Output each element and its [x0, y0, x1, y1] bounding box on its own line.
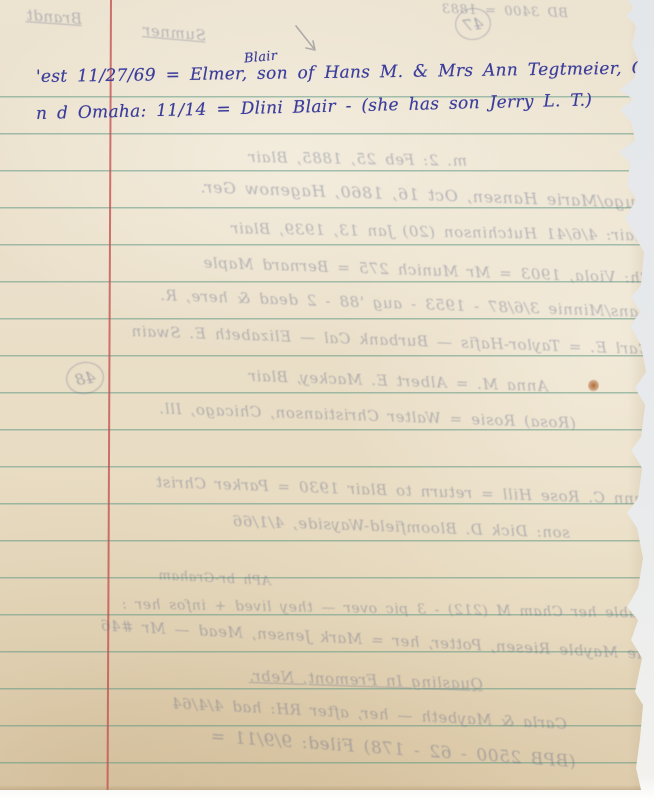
bleed-sumner: Sumner [145, 21, 206, 44]
pencil-arrow-icon [292, 24, 322, 58]
rust-stain [588, 379, 599, 392]
torn-edge-shading [628, 0, 654, 790]
scanned-notebook-page: { "document": { "kind": "scanned handwri… [0, 0, 654, 800]
bleed-brandt: Brandt [23, 6, 82, 28]
paper-sheet: BrandtSumnerBD 3400 = 188347m. 2: Feb 25… [0, 0, 654, 800]
bleed-m2-line: m. 2: Feb 25, 1885, Blair [252, 148, 467, 170]
bottom-edge-shading [0, 785, 654, 790]
handwriting-line-1: 'est 11/27/69 = Elmer, son of Hans M. & … [36, 58, 654, 87]
